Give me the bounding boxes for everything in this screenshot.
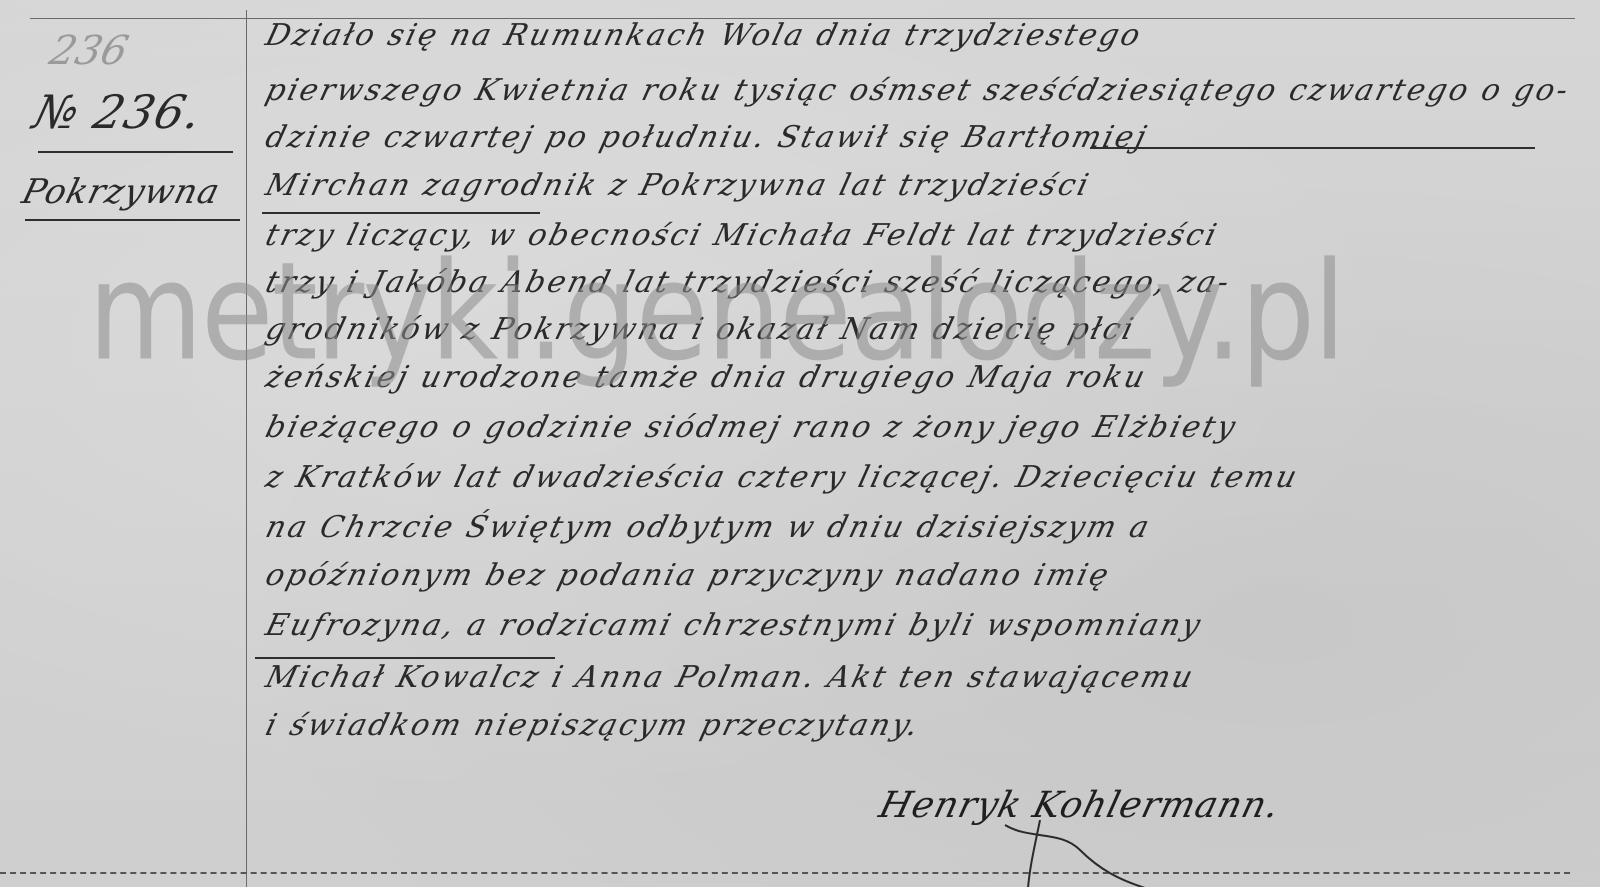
- signature-flourish-icon: [1000, 820, 1150, 887]
- record-text-line: na Chrzcie Świętym odbytym w dniu dzisie…: [262, 510, 1155, 545]
- scanned-page: 236 № 236. Pokrzywna Działo się na Rumun…: [0, 0, 1600, 887]
- record-text-line: żeńskiej urodzone tamże dnia drugiego Ma…: [262, 360, 1151, 395]
- record-text-line: opóźnionym bez podania przyczyny nadano …: [262, 558, 1114, 593]
- name-underline-mirchan: [262, 212, 540, 214]
- record-text-line: Działo się na Rumunkach Wola dnia trzydz…: [262, 18, 1146, 53]
- margin-record-number: № 236.: [28, 85, 208, 139]
- record-text-line: Eufrozyna, a rodzicami chrzestnymi byli …: [262, 608, 1206, 643]
- name-underline-eufrozyna: [255, 657, 555, 659]
- name-underline-bartlomiej: [1090, 147, 1535, 149]
- record-text-line: bieżącego o godzinie siódmej rano z żony…: [262, 410, 1241, 445]
- record-text-line: grodników z Pokrzywna i okazał Nam dziec…: [262, 312, 1139, 347]
- place-name-underline: [25, 219, 240, 221]
- record-text-line: dzinie czwartej po południu. Stawił się …: [262, 120, 1152, 155]
- record-text-line: pierwszego Kwietnia roku tysiąc ośmset s…: [262, 73, 1574, 108]
- margin-rule-line: [246, 10, 247, 887]
- margin-place-name: Pokrzywna: [18, 172, 224, 212]
- margin-pencil-number: 236: [45, 28, 133, 74]
- record-number-underline: [38, 151, 233, 153]
- record-text-line: trzy i Jakóba Abend lat trzydzieści sześ…: [262, 265, 1235, 300]
- record-text-line: i świadkom niepiszącym przeczytany.: [262, 708, 924, 743]
- bottom-rule-line: [0, 872, 1570, 874]
- record-text-line: Michał Kowalcz i Anna Polman. Akt ten st…: [262, 660, 1199, 695]
- record-text-line: z Kratków lat dwadzieścia cztery liczące…: [262, 460, 1303, 495]
- record-text-line: trzy liczący, w obecności Michała Feldt …: [262, 218, 1222, 253]
- record-text-line: Mirchan zagrodnik z Pokrzywna lat trzydz…: [262, 168, 1094, 203]
